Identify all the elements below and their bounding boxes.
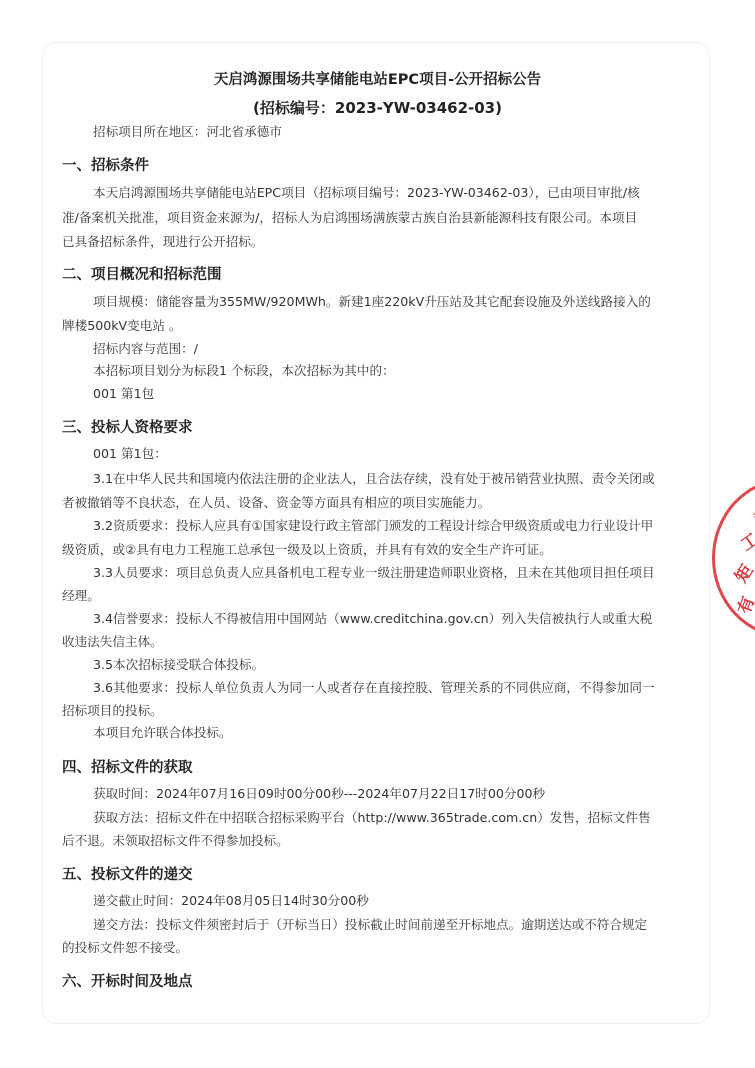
paragraph-line: 001 第1包 [62,381,692,406]
section-heading-2: 二、项目概况和招标范围 [62,263,692,288]
paragraph-line: 本招标项目划分为标段1 个标段，本次招标为其中的： [62,358,692,383]
paragraph-line: 3.5本次招标接受联合体投标。 [62,652,692,677]
section-heading-6: 六、开标时间及地点 [62,970,692,995]
paragraph-line: 001 第1包： [62,441,692,466]
paragraph-line: 3.3人员要求：项目总负责人应具备机电工程专业一级注册建造师职业资格，且未在其他… [62,560,692,585]
paragraph-line: 准/备案机关批准，项目资金来源为/，招标人为启鸿围场满族蒙古族自治县新能源科技有… [62,205,692,230]
paragraph-line: 获取方法：招标文件在中招联合招标采购平台（http://www.365trade… [62,805,692,830]
section-heading-3: 三、投标人资格要求 [62,416,692,441]
seal-char: 矩 [727,558,755,586]
paragraph-line: 3.6其他要求：投标人单位负责人为同一人或者存在直接控股、管理关系的不同供应商，… [62,675,692,700]
tender-number: (招标编号：2023-YW-03462-03) [0,97,755,118]
paragraph-line: 3.4信誉要求：投标人不得被信用中国网站（www.creditchina.gov… [62,606,692,631]
official-seal-text: 有 矩 工 程 [724,500,755,630]
section-heading-4: 四、招标文件的获取 [62,756,692,781]
seal-char: 程 [751,502,755,531]
paragraph-line: 收违法失信主体。 [62,629,692,654]
paragraph-line: 的投标文件恕不接受。 [62,935,692,960]
paragraph-line: 级资质，或②具有电力工程施工总承包一级及以上资质，并具有有效的安全生产许可证。 [62,537,692,562]
section-heading-5: 五、投标文件的递交 [62,863,692,888]
paragraph-line: 已具备招标条件，现进行公开招标。 [62,229,692,254]
paragraph-line: 经理。 [62,583,692,608]
seal-char: 有 [730,592,755,617]
paragraph-line: 获取时间：2024年07月16日09时00分00秒---2024年07月22日1… [62,781,692,806]
paragraph-line: 后不退。未领取招标文件不得参加投标。 [62,828,692,853]
paragraph-line: 递交方法：投标文件须密封后于（开标当日）投标截止时间前递至开标地点。逾期送达或不… [62,912,692,937]
paragraph-line: 3.1在中华人民共和国境内依法注册的企业法人，且合法存续，没有处于被吊销营业执照… [62,466,692,491]
paragraph-line: 本天启鸿源围场共享储能电站EPC项目（招标项目编号：2023-YW-03462-… [62,180,692,205]
section-heading-1: 一、招标条件 [62,154,692,179]
region-line: 招标项目所在地区：河北省承德市 [62,119,692,144]
paragraph-line: 3.2资质要求：投标人应具有①国家建设行政主管部门颁发的工程设计综合甲级资质或电… [62,513,692,538]
seal-char: 工 [734,525,755,555]
paragraph-line: 项目规模：储能容量为355MW/920MWh。新建1座220kV升压站及其它配套… [62,289,692,314]
paragraph-line: 递交截止时间：2024年08月05日14时30分00秒 [62,888,692,913]
paragraph-line: 者被撤销等不良状态，在人员、设备、资金等方面具有相应的项目实施能力。 [62,490,692,515]
page-title: 天启鸿源围场共享储能电站EPC项目-公开招标公告 [0,68,755,89]
paragraph-line: 牌楼500kV变电站 。 [62,313,692,338]
paragraph-line: 本项目允许联合体投标。 [62,720,692,745]
